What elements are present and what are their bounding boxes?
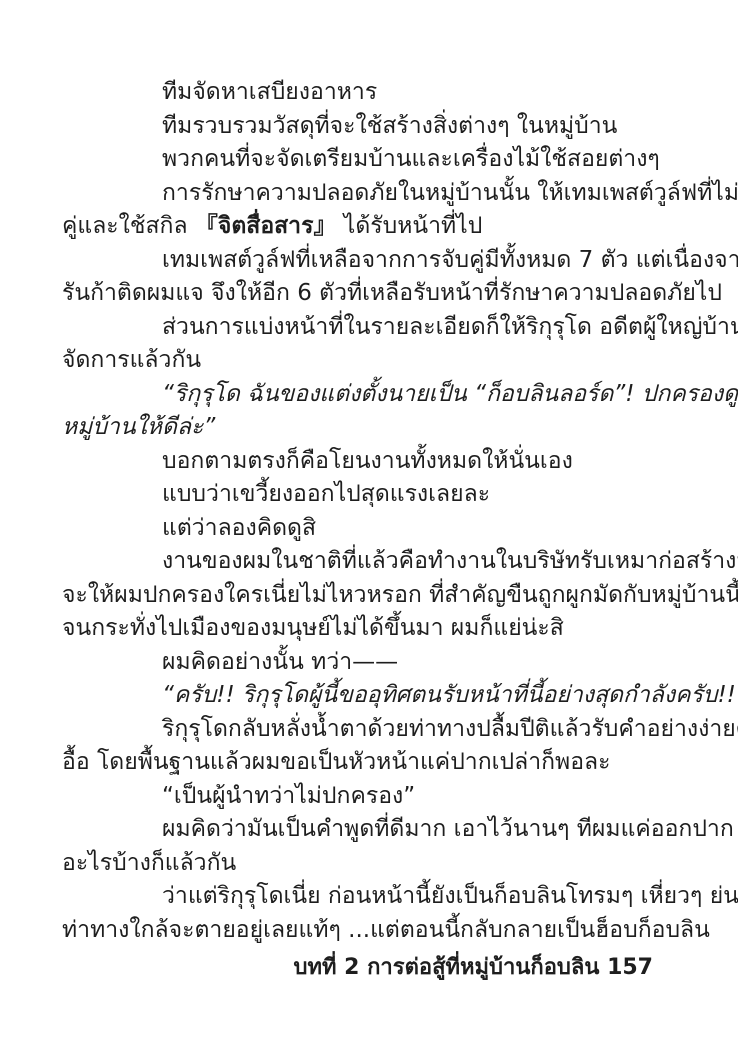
text-line: จัดการแล้วกัน: [62, 344, 666, 378]
text-segment: หมู่บ้านให้ดีล่ะ”: [62, 414, 215, 440]
page-text: ทีมจัดหาเสบียงอาหารทีมรวบรวมวัสดุที่จะใช…: [62, 76, 666, 947]
text-line: งานของผมในชาติที่แล้วคือทำงานในบริษัทรับ…: [62, 545, 666, 579]
text-line: ทีมรวบรวมวัสดุที่จะใช้สร้างสิ่งต่างๆ ในห…: [62, 110, 666, 144]
text-line: ผมคิดว่ามันเป็นคำพูดที่ดีมาก เอาไว้นานๆ …: [62, 813, 666, 847]
text-segment: จะให้ผมปกครองใครเนี่ยไม่ไหวหรอก ที่สำคัญ…: [62, 582, 738, 608]
text-segment: จัดการแล้วกัน: [62, 347, 201, 373]
text-line: แบบว่าเขวี้ยงออกไปสุดแรงเลยละ: [62, 478, 666, 512]
text-line: ว่าแต่ริกุรุโดเนี่ย ก่อนหน้านี้ยังเป็นก็…: [62, 880, 666, 914]
text-segment: อื้อ โดยพื้นฐานแล้วผมขอเป็นหัวหน้าแค่ปาก…: [62, 749, 610, 775]
text-line: พวกคนที่จะจัดเตรียมบ้านและเครื่องไม้ใช้ส…: [62, 143, 666, 177]
text-segment: “ริกุรุโด ฉันของแต่งตั้งนายเป็น “ก็อบลิน…: [162, 381, 738, 407]
text-segment: พวกคนที่จะจัดเตรียมบ้านและเครื่องไม้ใช้ส…: [162, 146, 660, 172]
page-footer: บทที่ 2 การต่อสู้ที่หมู่บ้านก็อบลิน 157: [294, 951, 653, 984]
text-segment: ทีมจัดหาเสบียงอาหาร: [162, 79, 377, 105]
chapter-footer-text: บทที่ 2 การต่อสู้ที่หมู่บ้านก็อบลิน 157: [294, 955, 653, 980]
text-segment: บอกตามตรงก็คือโยนงานทั้งหมดให้นั่นเอง: [162, 448, 573, 474]
text-segment: การรักษาความปลอดภัยในหมู่บ้านนั้น ให้เทม…: [162, 180, 738, 206]
text-line: จนกระทั่งไปเมืองของมนุษย์ไม่ได้ขึ้นมา ผม…: [62, 612, 666, 646]
text-segment: ท่าทางใกล้จะตายอยู่เลยแท้ๆ ...แต่ตอนนี้ก…: [62, 917, 710, 943]
text-segment: ส่วนการแบ่งหน้าที่ในรายละเอียดก็ให้ริกุร…: [162, 314, 738, 340]
text-line: หมู่บ้านให้ดีล่ะ”: [62, 411, 666, 445]
text-line: การรักษาความปลอดภัยในหมู่บ้านนั้น ให้เทม…: [62, 177, 666, 211]
text-segment: แต่ว่าลองคิดดูสิ: [162, 515, 316, 541]
text-line: ทีมจัดหาเสบียงอาหาร: [62, 76, 666, 110]
text-line: คู่และใช้สกิล 『จิตสื่อสาร』 ได้รับหน้าที่…: [62, 210, 666, 244]
text-line: แต่ว่าลองคิดดูสิ: [62, 512, 666, 546]
text-segment: คู่และใช้สกิล: [62, 213, 195, 239]
text-line: “เป็นผู้นำทว่าไม่ปกครอง”: [62, 780, 666, 814]
text-line: ริกุรุโดกลับหลั่งน้ำตาด้วยท่าทางปลื้มปีต…: [62, 713, 666, 747]
skill-name-bold-text: 『จิตสื่อสาร』: [195, 213, 337, 239]
text-line: รันก้าติดผมแจ จึงให้อีก 6 ตัวที่เหลือรับ…: [62, 277, 666, 311]
text-line: จะให้ผมปกครองใครเนี่ยไม่ไหวหรอก ที่สำคัญ…: [62, 579, 666, 613]
text-segment: อะไรบ้างก็แล้วกัน: [62, 850, 236, 876]
text-line: ท่าทางใกล้จะตายอยู่เลยแท้ๆ ...แต่ตอนนี้ก…: [62, 914, 666, 948]
text-segment: แบบว่าเขวี้ยงออกไปสุดแรงเลยละ: [162, 481, 490, 507]
text-segment: ได้รับหน้าที่ไป: [336, 213, 482, 239]
text-line: “ครับ!! ริกุรุโดผู้นี้ขออุทิศตนรับหน้าที…: [62, 679, 666, 713]
text-segment: ทีมรวบรวมวัสดุที่จะใช้สร้างสิ่งต่างๆ ในห…: [162, 113, 617, 139]
text-segment: ผมคิดอย่างนั้น ทว่า——: [162, 649, 398, 675]
text-line: “ริกุรุโด ฉันของแต่งตั้งนายเป็น “ก็อบลิน…: [62, 378, 666, 412]
text-line: ผมคิดอย่างนั้น ทว่า——: [62, 646, 666, 680]
text-line: ส่วนการแบ่งหน้าที่ในรายละเอียดก็ให้ริกุร…: [62, 311, 666, 345]
text-segment: จนกระทั่งไปเมืองของมนุษย์ไม่ได้ขึ้นมา ผม…: [62, 615, 564, 641]
text-segment: รันก้าติดผมแจ จึงให้อีก 6 ตัวที่เหลือรับ…: [62, 280, 722, 306]
text-segment: งานของผมในชาติที่แล้วคือทำงานในบริษัทรับ…: [162, 548, 738, 574]
text-line: บอกตามตรงก็คือโยนงานทั้งหมดให้นั่นเอง: [62, 445, 666, 479]
text-segment: ริกุรุโดกลับหลั่งน้ำตาด้วยท่าทางปลื้มปีต…: [162, 716, 738, 742]
text-line: เทมเพสต์วูล์ฟที่เหลือจากการจับคู่มีทั้งห…: [62, 244, 666, 278]
text-segment: “ครับ!! ริกุรุโดผู้นี้ขออุทิศตนรับหน้าที…: [162, 682, 738, 708]
book-page: ทีมจัดหาเสบียงอาหารทีมรวบรวมวัสดุที่จะใช…: [0, 0, 738, 1051]
text-segment: ว่าแต่ริกุรุโดเนี่ย ก่อนหน้านี้ยังเป็นก็…: [162, 883, 738, 909]
text-segment: “เป็นผู้นำทว่าไม่ปกครอง”: [162, 783, 415, 809]
text-line: อะไรบ้างก็แล้วกัน: [62, 847, 666, 881]
text-line: อื้อ โดยพื้นฐานแล้วผมขอเป็นหัวหน้าแค่ปาก…: [62, 746, 666, 780]
text-segment: เทมเพสต์วูล์ฟที่เหลือจากการจับคู่มีทั้งห…: [162, 247, 738, 273]
text-segment: ผมคิดว่ามันเป็นคำพูดที่ดีมาก เอาไว้นานๆ …: [162, 816, 734, 842]
